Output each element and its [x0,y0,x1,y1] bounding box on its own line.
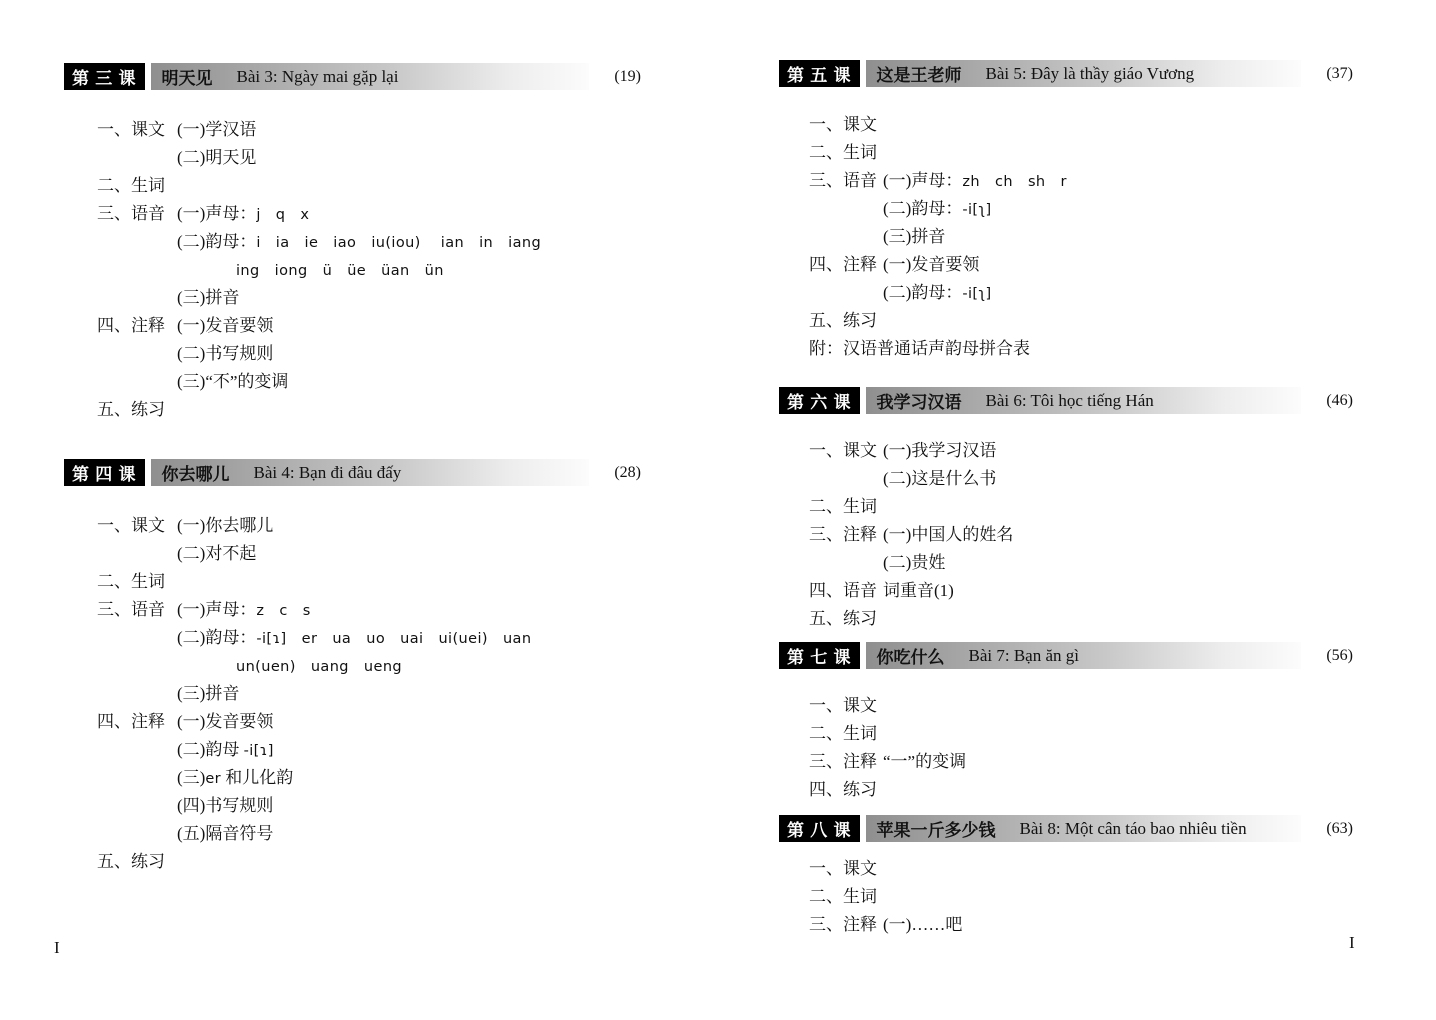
toc-row-zh: (三)拼音 [177,288,239,307]
toc-row-text: (一)声母：j q x [177,200,309,229]
toc-row-zh: (三)拼音 [177,684,239,703]
toc-row-text: (五)隔音符号 [177,820,273,848]
lesson-rows: 一、课文(一)你去哪儿(二)对不起二、生词三、语音(一)声母：z c s(二)韵… [64,512,641,876]
page-number-right: I [1349,933,1355,953]
toc-row-pinyin: j q x [256,207,309,223]
toc-row: 三、语音(一)声母：j q x [64,200,641,228]
toc-row-label: 三、语音 [97,596,177,624]
toc-row-zh: (一)发音要领 [883,255,979,274]
page-number-left: I [54,938,60,958]
toc-row: (三)拼音 [64,284,641,312]
lesson-title-zh: 你去哪儿 [162,460,230,485]
toc-row-zh: (二)贵姓 [883,553,945,572]
lesson-page-number: (46) [1301,387,1353,414]
lesson-title-vi: Bài 8: Một cân táo bao nhiêu tiền [1020,819,1247,839]
toc-row: (三)er 和儿化韵 [64,764,641,792]
lesson-title-bar: 我学习汉语 Bài 6: Tôi học tiếng Hán [866,387,1302,414]
toc-row-label: 一、课文 [809,855,883,883]
lesson-section: 第 七 课 你吃什么 Bài 7: Bạn ăn gì (56) 一、课文二、生… [779,642,1353,804]
lesson-title-zh: 我学习汉语 [877,388,962,413]
toc-row-text: (三)拼音 [883,223,945,251]
toc-row-label: 四、注释 [809,251,883,279]
toc-row-text: (一)我学习汉语 [883,437,996,465]
lesson-section: 第 五 课 这是王老师 Bài 5: Đây là thầy giáo Vươn… [779,60,1353,363]
lesson-page-number: (19) [589,63,641,90]
toc-row-pinyin: -i[ʅ] [962,286,991,302]
toc-row-text: (二)韵母：i ia ie iao iu(iou) ian in iang [177,228,541,257]
toc-row-label: 五、练习 [97,396,177,424]
toc-row: (五)隔音符号 [64,820,641,848]
toc-row-label: 四、注释 [97,312,177,340]
toc-row-text: (一)你去哪儿 [177,512,273,540]
toc-row-zh: (一)你去哪儿 [177,516,273,535]
lesson-title-zh: 你吃什么 [877,643,945,668]
toc-row-text: (一)发音要领 [177,708,273,736]
toc-row-text: (一)声母：zh ch sh r [883,167,1067,196]
toc-row-zh: (二)明天见 [177,148,256,167]
toc-row-zh: (二)韵母： [883,283,962,302]
toc-row-label: 四、练习 [809,776,883,804]
toc-column-left: 第 三 课 明天见 Bài 3: Ngày mai gặp lại (19) 一… [64,63,641,876]
toc-row-zh: (三) [177,768,205,787]
lesson-title-bar: 这是王老师 Bài 5: Đây là thầy giáo Vương [866,60,1302,87]
toc-row-label: 二、生词 [97,568,177,596]
lesson-page-number: (63) [1301,815,1353,842]
toc-row-label: 一、课文 [809,111,883,139]
toc-row-text: (二)书写规则 [177,340,273,368]
toc-row-zh-tail: 和儿化韵 [221,768,293,787]
toc-row-text: (二)韵母：-i[ʅ] [883,195,992,224]
lesson-title-vi: Bài 4: Bạn đi đâu đấy [254,463,402,483]
lesson-header: 第 五 课 这是王老师 Bài 5: Đây là thầy giáo Vươn… [779,60,1353,87]
lesson-title-bar: 苹果一斤多少钱 Bài 8: Một cân táo bao nhiêu tiề… [866,815,1302,842]
toc-row: un(uen) uang ueng [64,652,641,680]
toc-row-zh: (二)韵母： [177,628,256,647]
toc-row-zh: “一”的变调 [883,752,966,771]
toc-row: 一、课文(一)我学习汉语 [779,437,1353,465]
lesson-section: 第 六 课 我学习汉语 Bài 6: Tôi học tiếng Hán (46… [779,387,1353,633]
toc-row-zh: (一)声母： [177,600,256,619]
toc-row-zh: (五)隔音符号 [177,824,273,843]
toc-row: 四、注释(一)发音要领 [64,708,641,736]
toc-row-text: “一”的变调 [883,748,966,776]
lesson-badge: 第 六 课 [779,387,860,414]
toc-row-pinyin: -i[ɿ] er ua uo uai ui(uei) uan [256,631,531,647]
toc-row: (四)书写规则 [64,792,641,820]
toc-row-zh: (二)对不起 [177,544,256,563]
toc-row-pinyin: ing iong ü üe üan ün [236,263,444,279]
toc-row-label: 二、生词 [97,172,177,200]
toc-row: 二、生词 [779,493,1353,521]
toc-row: 三、注释(一)中国人的姓名 [779,521,1353,549]
toc-row-text: (一)中国人的姓名 [883,521,1013,549]
lesson-section: 第 三 课 明天见 Bài 3: Ngày mai gặp lại (19) 一… [64,63,641,424]
lesson-header: 第 七 课 你吃什么 Bài 7: Bạn ăn gì (56) [779,642,1353,669]
toc-row-label: 五、练习 [809,605,883,633]
lesson-title-zh: 苹果一斤多少钱 [877,816,996,841]
lesson-header: 第 六 课 我学习汉语 Bài 6: Tôi học tiếng Hán (46… [779,387,1353,414]
toc-row: (三)“不”的变调 [64,368,641,396]
lesson-rows: 一、课文二、生词三、语音(一)声母：zh ch sh r(二)韵母：-i[ʅ](… [779,111,1353,363]
toc-row-pinyin: -i[ɿ] [244,743,274,759]
toc-row-zh: (三)拼音 [883,227,945,246]
toc-row: (三)拼音 [64,680,641,708]
toc-row: 二、生词 [779,883,1353,911]
toc-row-text: 词重音(1) [883,577,954,605]
toc-row-label: 一、课文 [809,692,883,720]
toc-row-pinyin: zh ch sh r [962,174,1067,190]
lesson-title-bar: 你吃什么 Bài 7: Bạn ăn gì [866,642,1302,669]
toc-row: 一、课文(一)你去哪儿 [64,512,641,540]
toc-row: (二)韵母 -i[ɿ] [64,736,641,764]
lesson-title-bar: 明天见 Bài 3: Ngày mai gặp lại [151,63,590,90]
toc-row-zh: (二)书写规则 [177,344,273,363]
toc-row: 五、练习 [779,605,1353,633]
toc-row-label: 三、注释 [809,521,883,549]
lesson-page-number: (37) [1301,60,1353,87]
toc-row: 一、课文(一)学汉语 [64,116,641,144]
toc-row-label: 二、生词 [809,139,883,167]
lesson-page-number: (28) [589,459,641,486]
toc-row-zh: (二)韵母： [177,232,256,251]
toc-row-text: (二)贵姓 [883,549,945,577]
toc-row-label: 三、语音 [97,200,177,228]
toc-row: 一、课文 [779,111,1353,139]
toc-row-zh: (一)发音要领 [177,316,273,335]
toc-row-text: (一)学汉语 [177,116,256,144]
toc-row: 三、注释“一”的变调 [779,748,1353,776]
toc-row-text: (一)发音要领 [883,251,979,279]
toc-row-label: 四、注释 [97,708,177,736]
lesson-title-vi: Bài 6: Tôi học tiếng Hán [986,391,1154,411]
lesson-rows: 一、课文二、生词三、注释(一)……吧 [779,855,1353,939]
toc-row-label: 五、练习 [809,307,883,335]
lesson-rows: 一、课文二、生词三、注释“一”的变调四、练习 [779,692,1353,804]
toc-row-text: (三)er 和儿化韵 [177,764,293,793]
toc-row-zh: (二)这是什么书 [883,469,996,488]
lesson-rows: 一、课文(一)我学习汉语(二)这是什么书二、生词三、注释(一)中国人的姓名(二)… [779,437,1353,633]
toc-row-label: 一、课文 [97,512,177,540]
toc-column-right: 第 五 课 这是王老师 Bài 5: Đây là thầy giáo Vươn… [779,60,1353,939]
toc-row: 一、课文 [779,692,1353,720]
toc-row-text: (一)……吧 [883,911,962,939]
toc-row-text: (三)拼音 [177,284,239,312]
toc-row-label: 二、生词 [809,720,883,748]
lesson-badge: 第 七 课 [779,642,860,669]
toc-row-zh: (一)声母： [177,204,256,223]
toc-row-pinyin: er [205,771,221,787]
toc-page: 第 三 课 明天见 Bài 3: Ngày mai gặp lại (19) 一… [0,0,1436,1020]
lesson-page-number: (56) [1301,642,1353,669]
toc-row: 二、生词 [779,720,1353,748]
toc-row: 三、语音(一)声母：zh ch sh r [779,167,1353,195]
toc-row: 四、注释(一)发音要领 [64,312,641,340]
toc-row-zh: (一)发音要领 [177,712,273,731]
toc-row-label: 三、注释 [809,911,883,939]
toc-row: 四、语音词重音(1) [779,577,1353,605]
toc-row-label: 二、生词 [809,883,883,911]
toc-row: 一、课文 [779,855,1353,883]
toc-row: 五、练习 [64,396,641,424]
toc-row-text: (二)明天见 [177,144,256,172]
lesson-badge: 第 三 课 [64,63,145,90]
toc-row-text: (三)拼音 [177,680,239,708]
toc-row-text: ing iong ü üe üan ün [236,256,444,285]
toc-row: 四、练习 [779,776,1353,804]
toc-row: 附：汉语普通话声韵母拼合表 [779,335,1353,363]
toc-row-pinyin: i ia ie iao iu(iou) ian in iang [256,235,541,251]
toc-row-zh: (四)书写规则 [177,796,273,815]
lesson-title-vi: Bài 5: Đây là thầy giáo Vương [986,64,1195,84]
toc-row: 三、注释(一)……吧 [779,911,1353,939]
toc-row: (二)明天见 [64,144,641,172]
toc-row: (二)这是什么书 [779,465,1353,493]
toc-row: 五、练习 [64,848,641,876]
toc-row-zh: (三)“不”的变调 [177,372,288,391]
lesson-badge: 第 四 课 [64,459,145,486]
toc-row: 二、生词 [64,568,641,596]
toc-row: (二)韵母：i ia ie iao iu(iou) ian in iang [64,228,641,256]
toc-row-pinyin: z c s [256,603,310,619]
toc-row-text: (二)对不起 [177,540,256,568]
toc-row-text: (一)发音要领 [177,312,273,340]
toc-row-zh: (二)韵母： [883,199,962,218]
toc-row: (二)对不起 [64,540,641,568]
toc-row-text: (三)“不”的变调 [177,368,288,396]
toc-row-label: 一、课文 [809,437,883,465]
toc-row: (二)韵母：-i[ʅ] [779,195,1353,223]
toc-row-zh: (一)学汉语 [177,120,256,139]
lesson-rows: 一、课文(一)学汉语(二)明天见二、生词三、语音(一)声母：j q x(二)韵母… [64,116,641,424]
lesson-badge: 第 五 课 [779,60,860,87]
toc-row: ing iong ü üe üan ün [64,256,641,284]
lesson-title-bar: 你去哪儿 Bài 4: Bạn đi đâu đấy [151,459,590,486]
lesson-title-zh: 明天见 [162,64,213,89]
toc-row: (二)书写规则 [64,340,641,368]
toc-row-zh: (一)……吧 [883,915,962,934]
lesson-title-zh: 这是王老师 [877,61,962,86]
toc-row: 二、生词 [64,172,641,200]
toc-row-text: (二)韵母 -i[ɿ] [177,736,274,765]
toc-row: 二、生词 [779,139,1353,167]
toc-row-label: 一、课文 [97,116,177,144]
toc-row-label: 二、生词 [809,493,883,521]
toc-row-zh: (一)我学习汉语 [883,441,996,460]
toc-row-text: (二)韵母：-i[ɿ] er ua uo uai ui(uei) uan [177,624,531,653]
toc-row-label: 三、语音 [809,167,883,195]
lesson-badge: 第 八 课 [779,815,860,842]
toc-row-pinyin: -i[ʅ] [962,202,991,218]
toc-row-label: 四、语音 [809,577,883,605]
toc-row: (二)贵姓 [779,549,1353,577]
lesson-header: 第 八 课 苹果一斤多少钱 Bài 8: Một cân táo bao nhi… [779,815,1353,842]
toc-row-label: 五、练习 [97,848,177,876]
lesson-header: 第 三 课 明天见 Bài 3: Ngày mai gặp lại (19) [64,63,641,90]
toc-row-pinyin: un(uen) uang ueng [236,659,402,675]
toc-row: 三、语音(一)声母：z c s [64,596,641,624]
toc-row-label: 附：汉语普通话声韵母拼合表 [809,335,1030,363]
lesson-header: 第 四 课 你去哪儿 Bài 4: Bạn đi đâu đấy (28) [64,459,641,486]
toc-row: (二)韵母：-i[ʅ] [779,279,1353,307]
toc-row-text: (一)声母：z c s [177,596,311,625]
toc-row: 四、注释(一)发音要领 [779,251,1353,279]
toc-row: 五、练习 [779,307,1353,335]
lesson-title-vi: Bài 7: Bạn ăn gì [969,646,1079,666]
toc-row-zh: 词重音(1) [883,581,954,600]
toc-row-text: (四)书写规则 [177,792,273,820]
toc-row-zh: (二)韵母 [177,740,244,759]
toc-row-label: 三、注释 [809,748,883,776]
lesson-title-vi: Bài 3: Ngày mai gặp lại [237,67,399,87]
lesson-section: 第 四 课 你去哪儿 Bài 4: Bạn đi đâu đấy (28) 一、… [64,459,641,876]
toc-row: (二)韵母：-i[ɿ] er ua uo uai ui(uei) uan [64,624,641,652]
toc-row-text: un(uen) uang ueng [236,652,402,681]
toc-row-zh: (一)声母： [883,171,962,190]
toc-row-text: (二)这是什么书 [883,465,996,493]
toc-row: (三)拼音 [779,223,1353,251]
toc-row-text: (二)韵母：-i[ʅ] [883,279,992,308]
lesson-section: 第 八 课 苹果一斤多少钱 Bài 8: Một cân táo bao nhi… [779,815,1353,939]
toc-row-zh: (一)中国人的姓名 [883,525,1013,544]
